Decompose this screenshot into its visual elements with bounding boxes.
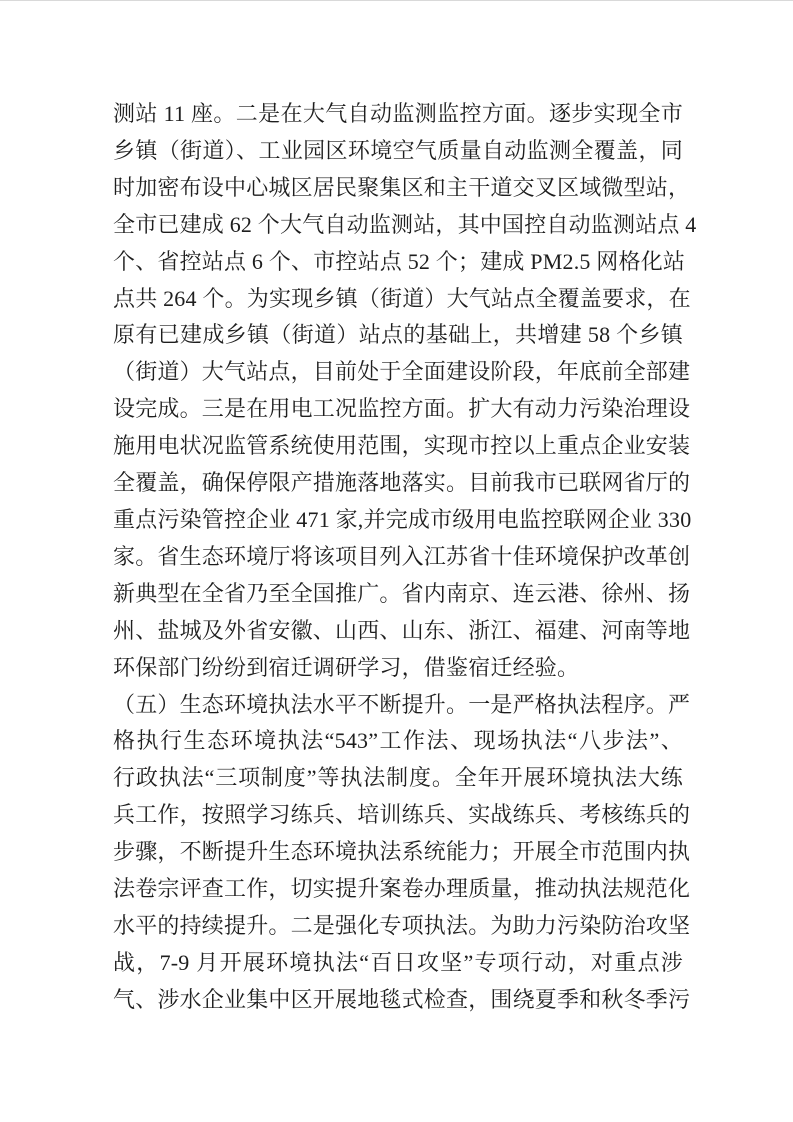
text-line: 环保部门纷纷到宿迁调研学习，借鉴宿迁经验。 [113, 650, 683, 687]
text-line: 原有已建成乡镇（街道）站点的基础上，共增建 58 个乡镇 [113, 317, 683, 354]
text-line: 州、盐城及外省安徽、山西、山东、浙江、福建、河南等地 [113, 613, 683, 650]
text-line: 乡镇（街道）、工业园区环境空气质量自动监测全覆盖，同 [113, 133, 683, 170]
document-page: 测站 11 座。二是在大气自动监测监控方面。逐步实现全市乡镇（街道）、工业园区环… [0, 0, 793, 1122]
text-line: 新典型在全省乃至全国推广。省内南京、连云港、徐州、扬 [113, 576, 683, 613]
text-line: 法卷宗评查工作，切实提升案卷办理质量，推动执法规范化 [113, 871, 683, 908]
text-line: 重点污染管控企业 471 家,并完成市级用电监控联网企业 330 [113, 502, 683, 539]
text-line: 设完成。三是在用电工况监控方面。扩大有动力污染治理设 [113, 391, 683, 428]
text-line: 全覆盖，确保停限产措施落地落实。目前我市已联网省厅的 [113, 465, 683, 502]
text-line: 测站 11 座。二是在大气自动监测监控方面。逐步实现全市 [113, 96, 683, 133]
text-line: 全市已建成 62 个大气自动监测站，其中国控自动监测站点 4 [113, 207, 683, 244]
text-block: 测站 11 座。二是在大气自动监测监控方面。逐步实现全市乡镇（街道）、工业园区环… [113, 96, 683, 1019]
text-line: 时加密布设中心城区居民聚集区和主干道交叉区域微型站， [113, 170, 683, 207]
text-line: 兵工作，按照学习练兵、培训练兵、实战练兵、考核练兵的 [113, 797, 683, 834]
text-line: （街道）大气站点，目前处于全面建设阶段，年底前全部建 [113, 354, 683, 391]
text-line: 气、涉水企业集中区开展地毯式检查，围绕夏季和秋冬季污 [113, 982, 683, 1019]
text-line: 施用电状况监管系统使用范围，实现市控以上重点企业安装 [113, 428, 683, 465]
text-line: 战，7-9 月开展环境执法“百日攻坚”专项行动，对重点涉 [113, 945, 683, 982]
text-line: 水平的持续提升。二是强化专项执法。为助力污染防治攻坚 [113, 908, 683, 945]
text-line: 点共 264 个。为实现乡镇（街道）大气站点全覆盖要求，在 [113, 281, 683, 318]
text-line: 步骤，不断提升生态环境执法系统能力；开展全市范围内执 [113, 834, 683, 871]
text-line: （五）生态环境执法水平不断提升。一是严格执法程序。严 [113, 687, 683, 724]
text-line: 个、省控站点 6 个、市控站点 52 个；建成 PM2.5 网格化站 [113, 244, 683, 281]
text-line: 行政执法“三项制度”等执法制度。全年开展环境执法大练 [113, 760, 683, 797]
text-line: 家。省生态环境厅将该项目列入江苏省十佳环境保护改革创 [113, 539, 683, 576]
text-line: 格执行生态环境执法“543”工作法、现场执法“八步法”、 [113, 723, 683, 760]
